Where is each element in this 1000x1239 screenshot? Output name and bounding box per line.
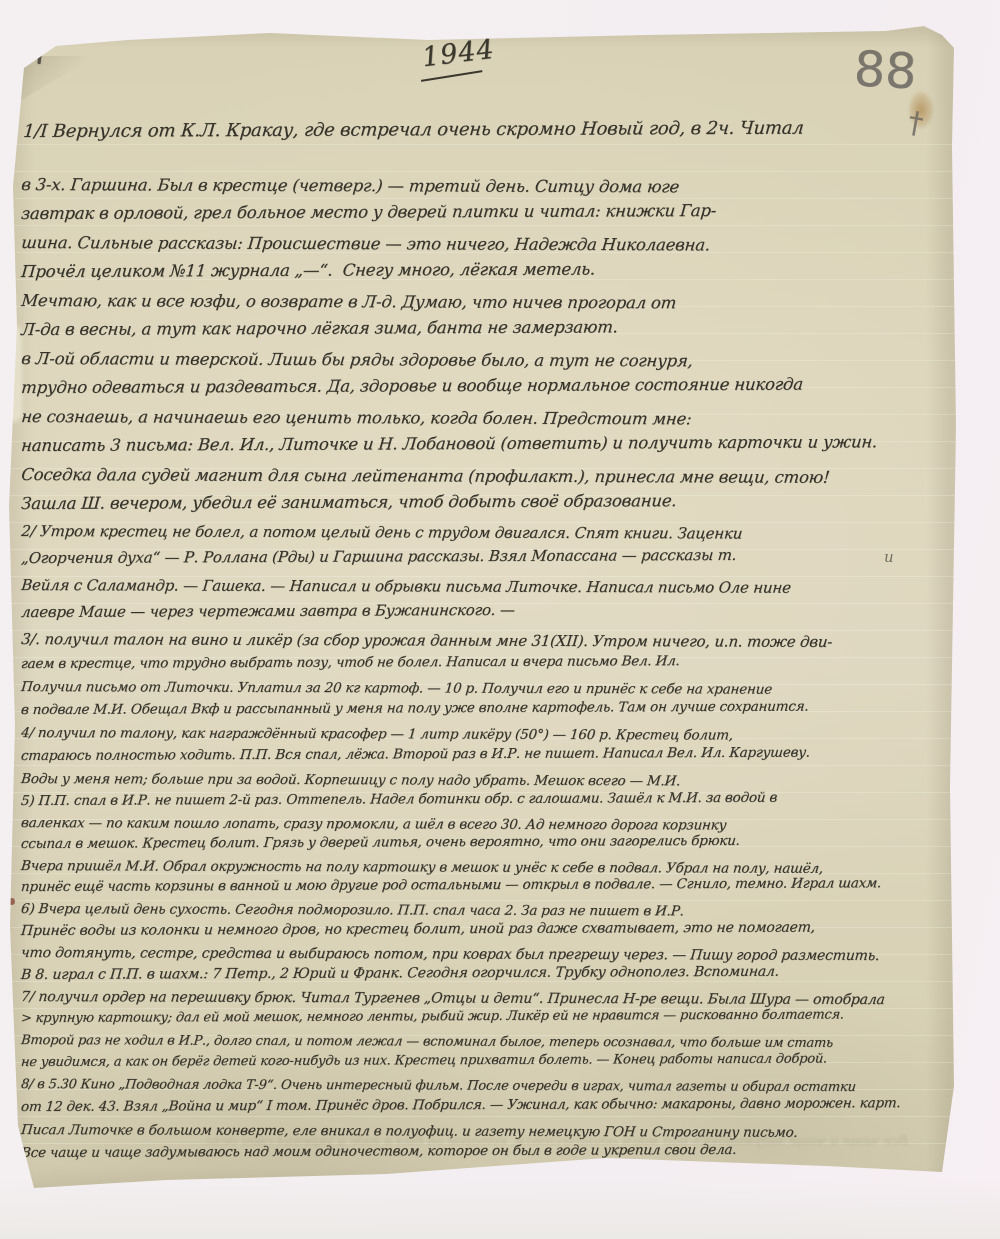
manuscript-line: в подвале М.И. Обещал Вкф и рассыпанный … xyxy=(20,695,946,722)
manuscript-line: 1/I Вернулся от К.Л. Кракау, где встреча… xyxy=(20,116,949,170)
manuscript-line: гаем в крестце, что трудно выбрать позу,… xyxy=(20,649,946,676)
red-speck xyxy=(9,898,15,905)
manuscript-line: от 12 дек. 43. Взял „Война и мир“ I том.… xyxy=(20,1092,946,1119)
manuscript-line: > крупную картошку; дал ей мой мешок, не… xyxy=(20,1004,946,1030)
ink-bleed-through: Все чаще и чаще задумываюсь над моим оди… xyxy=(67,1134,908,1149)
manuscript-line: написать 3 письма: Вел. Ил., Литочке и Н… xyxy=(20,427,947,460)
manuscript-line: принёс ещё часть корзины в ванной и мою … xyxy=(20,873,946,899)
manuscript-line: 5) П.П. спал в И.Р. не пишет 2-й раз. От… xyxy=(20,787,946,813)
manuscript-line: Л-да в весны, а тут как нарочно лёгкая з… xyxy=(20,311,947,344)
manuscript-line: завтрак в орловой, грел больное место у … xyxy=(20,195,947,228)
scanned-diary-page: 1944 88 † и 1/I Вернулся от К.Л. Кракау,… xyxy=(0,0,1000,1239)
manuscript-line: В 8. играл с П.П. в шахм.: 7 Петр., 2 Юр… xyxy=(20,960,946,986)
manuscript-line: Прочёл целиком №11 журнала „—“. Снегу мн… xyxy=(20,253,947,286)
diary-entries-text: 1/I Вернулся от К.Л. Кракау, где встреча… xyxy=(20,120,944,1165)
manuscript-paper-sheet: 1944 88 † и 1/I Вернулся от К.Л. Кракау,… xyxy=(8,26,956,1196)
manuscript-line: трудно одеваться и раздеваться. Да, здор… xyxy=(20,369,947,402)
manuscript-line: Принёс воды из колонки и немного дров, н… xyxy=(20,916,946,942)
manuscript-line: Зашла Ш. вечером, убедил её заниматься, … xyxy=(20,485,947,518)
torn-corner-fold xyxy=(18,56,96,102)
manuscript-line: ссыпал в мешок. Крестец болит. Грязь у д… xyxy=(20,830,946,856)
pencil-page-number: 88 xyxy=(853,40,918,100)
year-heading: 1944 xyxy=(420,34,496,74)
manuscript-line: не увидимся, а как он берёг детей кого-н… xyxy=(20,1048,946,1074)
manuscript-line: „Огорчения духа“ — Р. Роллана (Рды) и Га… xyxy=(20,541,947,572)
manuscript-line: стараюсь полностью ходить. П.П. Вся спал… xyxy=(20,741,946,768)
manuscript-line: лаевре Маше — через чертежами завтра в Б… xyxy=(20,595,947,626)
